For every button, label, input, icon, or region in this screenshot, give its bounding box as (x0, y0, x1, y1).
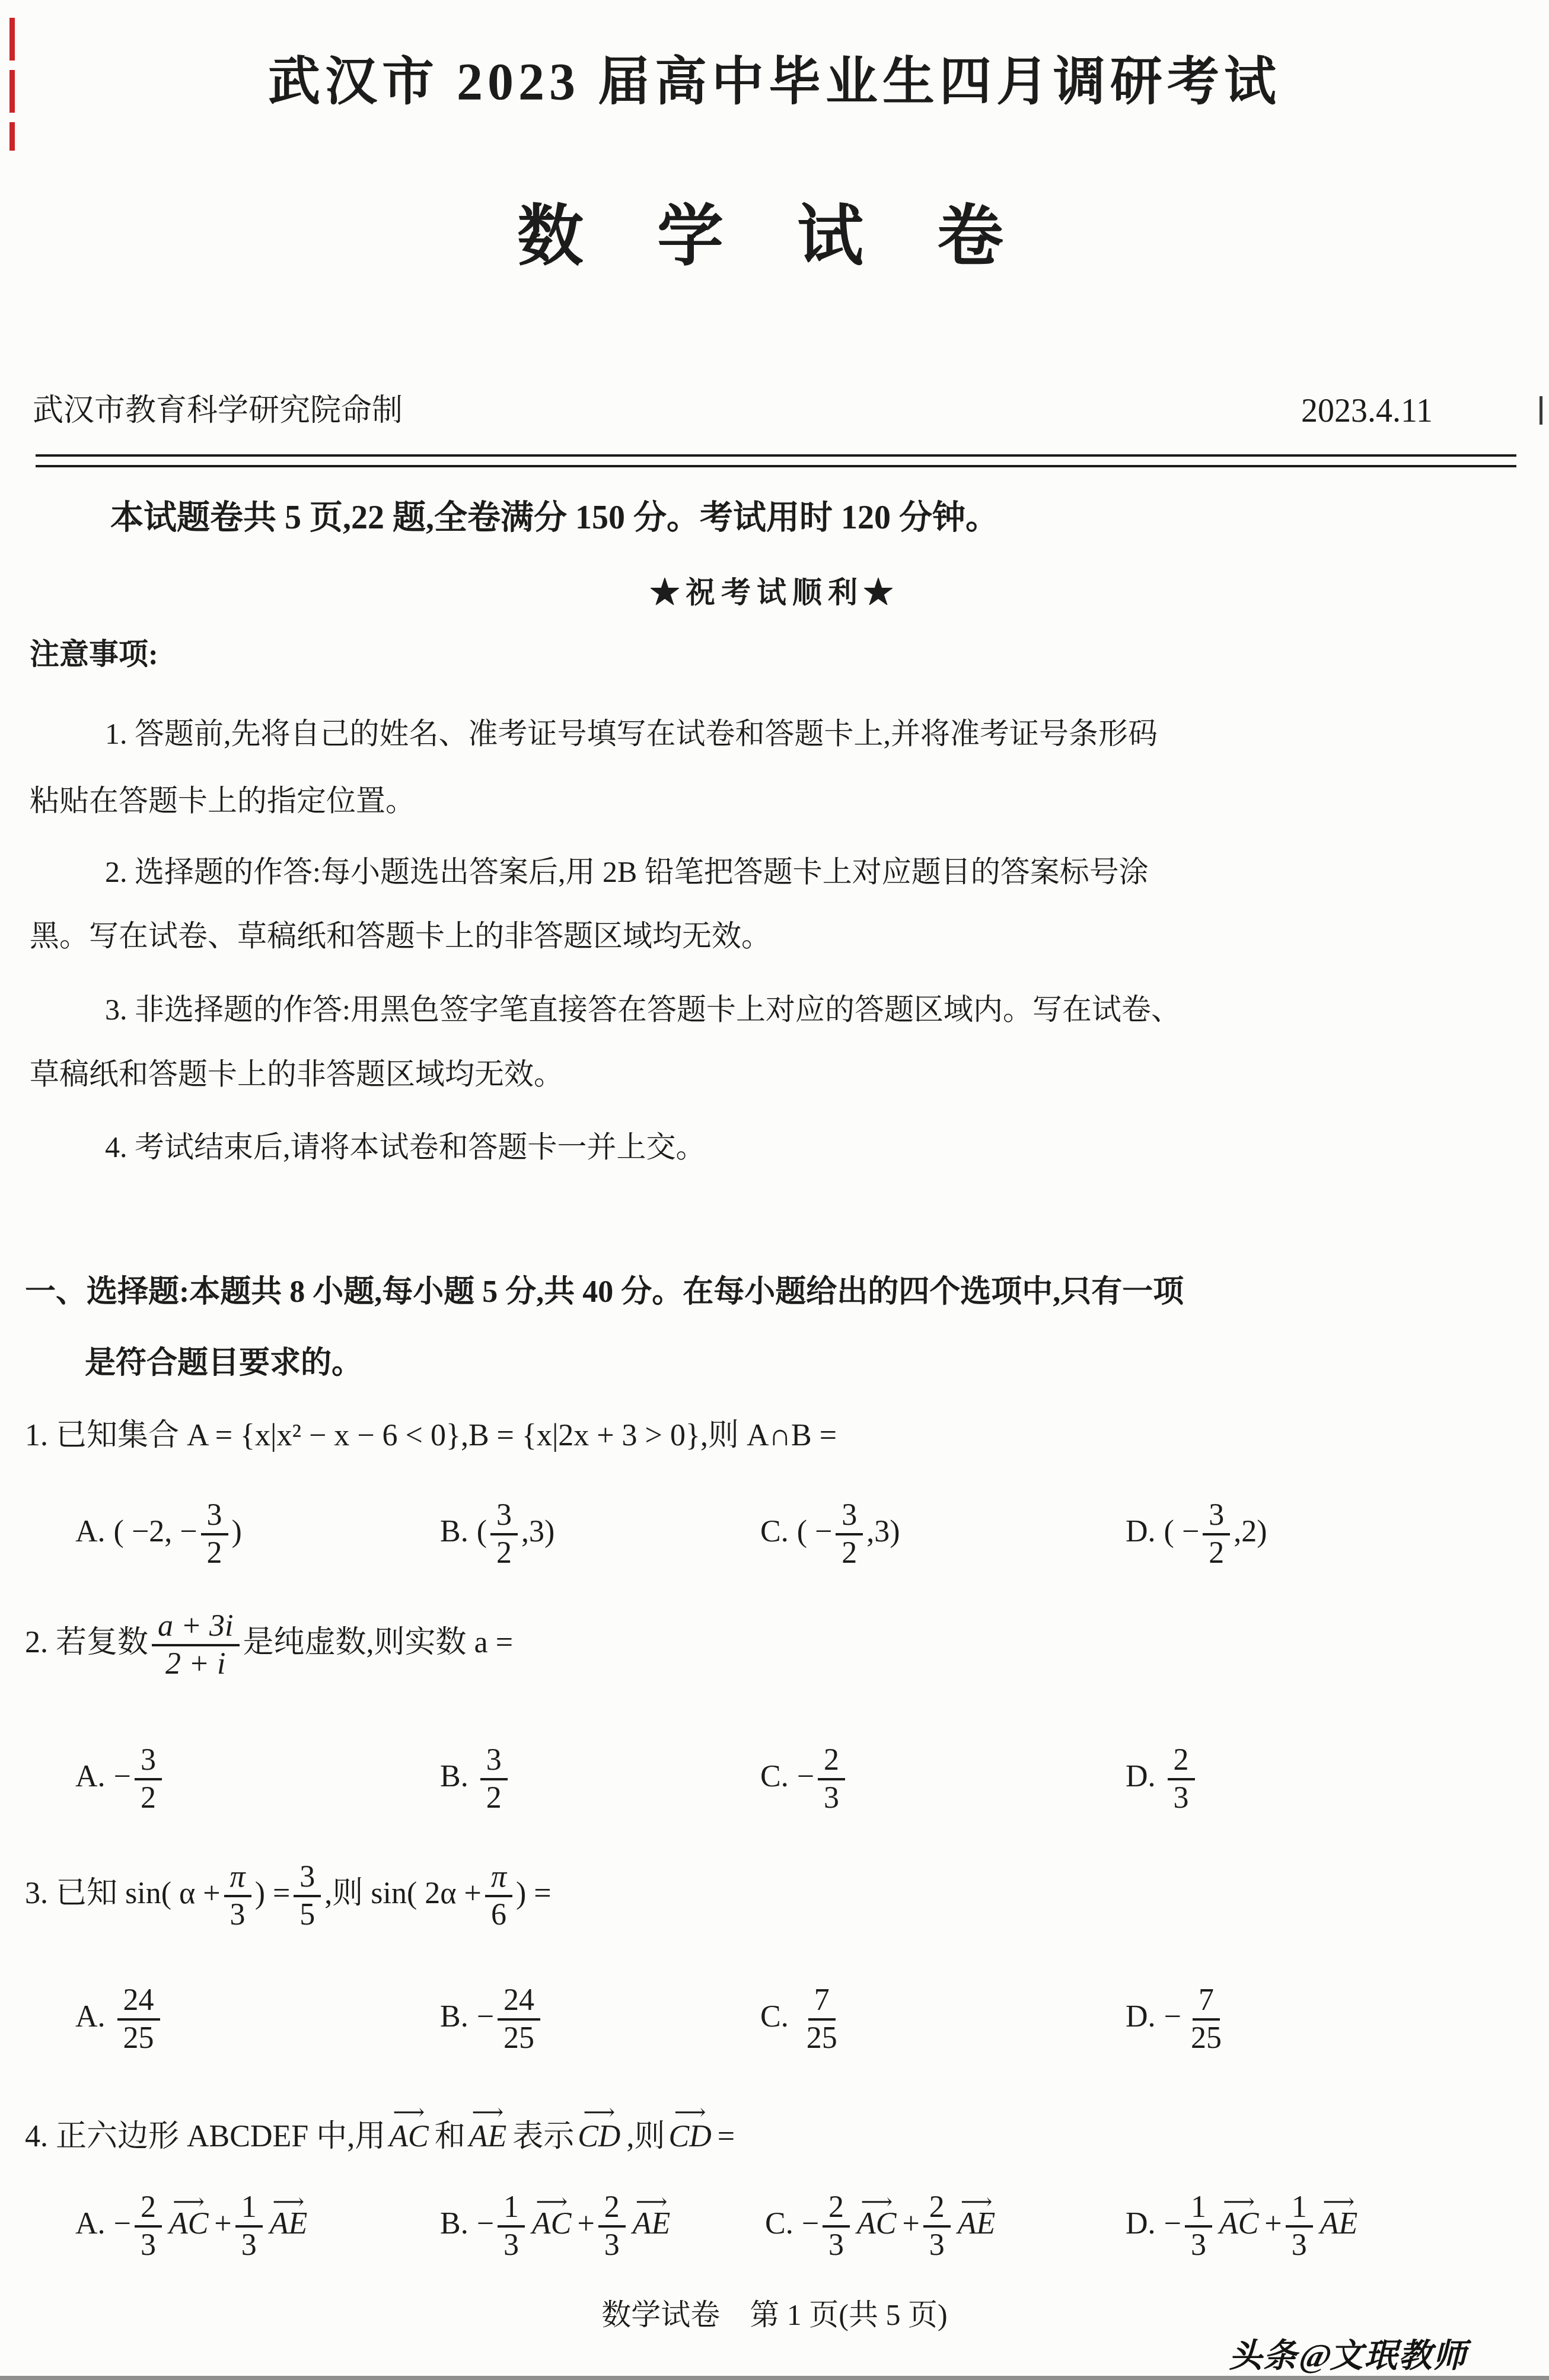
stem-text: ,则 (626, 2120, 665, 2153)
fraction-denominator: 25 (1185, 2021, 1228, 2056)
fraction: 23 (818, 1742, 845, 1816)
option-label: A. (75, 2000, 106, 2034)
fraction: 32 (836, 1498, 863, 1571)
scan-red-mark (9, 122, 15, 151)
fraction-numerator: 2 (598, 2190, 626, 2228)
exam-paper-page: 武汉市 2023 届高中毕业生四月调研考试 数 学 试 卷 武汉市教育科学研究院… (0, 0, 1549, 2380)
notice-3-line-2: 草稿纸和答题卡上的非答题区域均无效。 (30, 1056, 563, 1093)
fraction: 23 (598, 2190, 626, 2263)
notice-2-line-2: 黑。写在试卷、草稿纸和答题卡上的非答题区域均无效。 (30, 917, 771, 955)
option-label: D. (1126, 2000, 1156, 2034)
option-label: C. (765, 2207, 793, 2241)
q4-option-b: B.−13AC+23AE (440, 2190, 676, 2263)
fraction-denominator: 2 (201, 1535, 228, 1571)
exam-date: 2023.4.11 (1301, 390, 1433, 432)
fraction: 13 (498, 2190, 525, 2263)
q1-option-d: D.( −32,2) (1126, 1498, 1267, 1571)
fraction-numerator: 3 (480, 1742, 508, 1780)
fraction: 32 (490, 1498, 518, 1571)
q4-option-d: D.−13AC+13AE (1126, 2190, 1363, 2263)
fraction-numerator: 2 (1168, 1742, 1195, 1780)
stem-text: 2. 若复数 (25, 1626, 148, 1659)
option-text: ,3) (521, 1515, 554, 1549)
fraction-denominator: 3 (818, 1780, 845, 1816)
fraction: 13 (1185, 2190, 1212, 2263)
fraction: 23 (135, 2190, 162, 2263)
vector-AC: AC (1219, 2206, 1258, 2241)
fraction-denominator: 3 (235, 2228, 263, 2263)
notice-1-line-2: 粘贴在答题卡上的指定位置。 (30, 782, 415, 820)
option-text: ,3) (866, 1515, 900, 1549)
fraction: π3 (224, 1859, 251, 1933)
option-text: + (214, 2207, 231, 2241)
question-4-stem: 4. 正六边形 ABCDEF 中,用AC和AE表示CD,则CD= (25, 2117, 735, 2156)
fraction-numerator: 2 (818, 1742, 845, 1780)
option-text: + (1264, 2207, 1282, 2241)
q3-option-a: A.2425 (75, 1983, 164, 2056)
vector-AE: AE (469, 2117, 507, 2156)
vector-AE: AE (1320, 2206, 1358, 2241)
fraction-numerator: 3 (135, 1742, 162, 1780)
fraction-numerator: 7 (808, 1983, 836, 2021)
fraction: 13 (1286, 2190, 1313, 2263)
fraction: 725 (801, 1983, 843, 2056)
fraction: 32 (1203, 1498, 1230, 1571)
fraction-numerator: 2 (135, 2190, 162, 2228)
fraction-denominator: 25 (801, 2021, 843, 2056)
fraction-numerator: a + 3i (152, 1608, 240, 1646)
fraction-numerator: 24 (117, 1983, 160, 2021)
fraction-numerator: 2 (923, 2190, 951, 2228)
option-label: B. (440, 1515, 468, 1549)
option-label: C. (760, 2000, 789, 2034)
fraction-denominator: 2 (480, 1780, 508, 1816)
option-label: C. (760, 1760, 789, 1793)
notice-2-line-1: 2. 选择题的作答:每小题选出答案后,用 2B 铅笔把答题卡上对应题目的答案标号… (105, 853, 1149, 891)
fraction-numerator: 24 (498, 1983, 540, 2021)
fraction-numerator: 3 (294, 1859, 321, 1897)
fraction: 2425 (117, 1983, 160, 2056)
fraction-denominator: 2 (135, 1780, 162, 1816)
vector-AE: AE (270, 2206, 308, 2241)
vector-CD: CD (668, 2117, 711, 2156)
toutiao-watermark: 头条@文珉教师 (1226, 2330, 1477, 2377)
fraction-denominator: 25 (498, 2021, 540, 2056)
option-label: D. (1126, 1515, 1156, 1549)
fraction-denominator: 3 (224, 1897, 251, 1933)
fraction-numerator: π (224, 1859, 251, 1897)
fraction-numerator: 1 (498, 2190, 525, 2228)
stem-text: 4. 正六边形 ABCDEF 中,用 (25, 2120, 385, 2153)
fraction-denominator: 3 (823, 2228, 850, 2263)
fraction-numerator: 1 (1185, 2190, 1212, 2228)
option-text: ( (477, 1515, 487, 1549)
stem-text: 和 (435, 2120, 466, 2153)
q1-option-b: B.(32,3) (440, 1498, 554, 1571)
fraction-denominator: 3 (598, 2228, 626, 2263)
option-text: + (902, 2207, 919, 2241)
page-number-footer: 数学试卷 第 1 页(共 5 页) (0, 2296, 1549, 2334)
q3-option-b: B.−2425 (440, 1983, 544, 2056)
exam-title: 武汉市 2023 届高中毕业生四月调研考试 (0, 50, 1549, 115)
option-text: − (797, 1760, 814, 1793)
fraction-numerator: 7 (1193, 1983, 1220, 2021)
option-text: − (1164, 2207, 1181, 2241)
fraction-denominator: 2 (490, 1535, 518, 1571)
question-1-stem: 1. 已知集合 A = {x|x² − x − 6 < 0},B = {x|2x… (25, 1416, 837, 1455)
fraction-numerator: 1 (235, 2190, 263, 2228)
option-text: + (577, 2207, 594, 2241)
question-2-stem: 2. 若复数a + 3i2 + i是纯虚数,则实数 a = (25, 1608, 513, 1682)
good-luck-banner: ★祝考试顺利★ (0, 574, 1549, 611)
fraction-denominator: 6 (485, 1897, 512, 1933)
exam-info: 本试题卷共 5 页,22 题,全卷满分 150 分。考试用时 120 分钟。 (110, 497, 999, 539)
q3-option-c: C.725 (760, 1983, 847, 2056)
fraction: 32 (480, 1742, 508, 1816)
fraction: 13 (235, 2190, 263, 2263)
notice-3-line-1: 3. 非选择题的作答:用黑色签字笔直接答在答题卡上对应的答题区域内。写在试卷、 (105, 991, 1181, 1028)
fraction-denominator: 2 + i (160, 1646, 232, 1682)
vector-CD: CD (578, 2117, 620, 2156)
fraction-numerator: π (485, 1859, 512, 1897)
option-text: − (114, 1760, 131, 1793)
section-1-header-line-2: 是符合题目要求的。 (85, 1344, 362, 1382)
stem-text: 表示 (512, 2120, 574, 2153)
question-3-stem: 3. 已知 sin( α +π3) =35,则 sin( 2α +π6) = (25, 1859, 552, 1933)
header-rule-bottom (36, 465, 1516, 467)
q2-option-a: A.−32 (75, 1742, 165, 1816)
vector-AC: AC (169, 2206, 208, 2241)
stem-text: ,则 sin( 2α + (324, 1876, 482, 1910)
fraction-numerator: 1 (1286, 2190, 1313, 2228)
option-label: A. (75, 1515, 106, 1549)
scan-edge-tick (1540, 396, 1542, 425)
vector-AC: AC (857, 2206, 896, 2241)
fraction: a + 3i2 + i (152, 1608, 240, 1682)
vector-AC: AC (532, 2206, 571, 2241)
fraction: 23 (1168, 1742, 1195, 1816)
stem-text: 是纯虚数,则实数 a = (243, 1626, 513, 1659)
fraction: 32 (135, 1742, 162, 1816)
fraction-denominator: 3 (498, 2228, 525, 2263)
fraction: 725 (1185, 1983, 1228, 2056)
option-label: A. (75, 1760, 106, 1793)
fraction-numerator: 3 (490, 1498, 518, 1535)
stem-text: 3. 已知 sin( α + (25, 1876, 221, 1910)
fraction-denominator: 2 (1203, 1535, 1230, 1571)
q1-option-a: A.( −2, −32) (75, 1498, 242, 1571)
fraction: π6 (485, 1859, 512, 1933)
fraction-denominator: 3 (1286, 2228, 1313, 2263)
paper-title: 数 学 试 卷 (0, 196, 1549, 279)
stem-text: ) = (255, 1876, 291, 1910)
option-text: ( −2, − (114, 1515, 197, 1549)
notice-1-line-1: 1. 答题前,先将自己的姓名、准考证号填写在试卷和答题卡上,并将准考证号条形码 (105, 715, 1158, 753)
vector-AE: AE (958, 2206, 996, 2241)
q3-option-d: D.−725 (1126, 1983, 1231, 2056)
fraction: 35 (294, 1859, 321, 1933)
option-text: − (1164, 2000, 1181, 2034)
option-text: − (477, 2207, 494, 2241)
fraction-denominator: 3 (1168, 1780, 1195, 1816)
fraction-denominator: 25 (117, 2021, 160, 2056)
fraction-denominator: 3 (135, 2228, 162, 2263)
vector-AC: AC (389, 2117, 428, 2156)
option-text: ,2) (1234, 1515, 1267, 1549)
option-label: A. (75, 2207, 106, 2241)
fraction: 32 (201, 1498, 228, 1571)
q2-option-c: C.−23 (760, 1742, 849, 1816)
notice-title: 注意事项: (30, 636, 158, 673)
option-label: B. (440, 2000, 468, 2034)
option-text: − (477, 2000, 494, 2034)
stem-text: = (718, 2120, 735, 2153)
option-text: − (114, 2207, 131, 2241)
section-1-header-line-1: 一、选择题:本题共 8 小题,每小题 5 分,共 40 分。在每小题给出的四个选… (25, 1273, 1184, 1311)
option-label: B. (440, 1760, 468, 1793)
q4-option-a: A.−23AC+13AE (75, 2190, 313, 2263)
q2-option-d: D.23 (1126, 1742, 1199, 1816)
option-label: D. (1126, 2207, 1156, 2241)
q2-option-b: B.32 (440, 1742, 511, 1816)
q1-option-c: C.( −32,3) (760, 1498, 900, 1571)
fraction: 2425 (498, 1983, 540, 2056)
option-label: B. (440, 2207, 468, 2241)
option-label: C. (760, 1515, 789, 1549)
fraction: 23 (923, 2190, 951, 2263)
option-label: D. (1126, 1760, 1156, 1793)
fraction-denominator: 5 (294, 1897, 321, 1933)
option-text: − (802, 2207, 819, 2241)
q4-option-c: C.−23AC+23AE (765, 2190, 1001, 2263)
fraction-numerator: 3 (201, 1498, 228, 1535)
fraction-numerator: 3 (836, 1498, 863, 1535)
fraction-numerator: 3 (1203, 1498, 1230, 1535)
fraction-denominator: 2 (836, 1535, 863, 1571)
fraction-denominator: 3 (1185, 2228, 1212, 2263)
issuer-label: 武汉市教育科学研究院命制 (33, 391, 403, 430)
fraction: 23 (823, 2190, 850, 2263)
fraction-numerator: 2 (823, 2190, 850, 2228)
notice-4-line-1: 4. 考试结束后,请将本试卷和答题卡一并上交。 (105, 1129, 706, 1166)
stem-text: ) = (516, 1876, 552, 1910)
option-text: ) (232, 1515, 242, 1549)
vector-AE: AE (633, 2206, 671, 2241)
header-rule-top (36, 454, 1516, 457)
fraction-denominator: 3 (923, 2228, 951, 2263)
option-text: ( − (797, 1515, 833, 1549)
option-text: ( − (1164, 1515, 1200, 1549)
